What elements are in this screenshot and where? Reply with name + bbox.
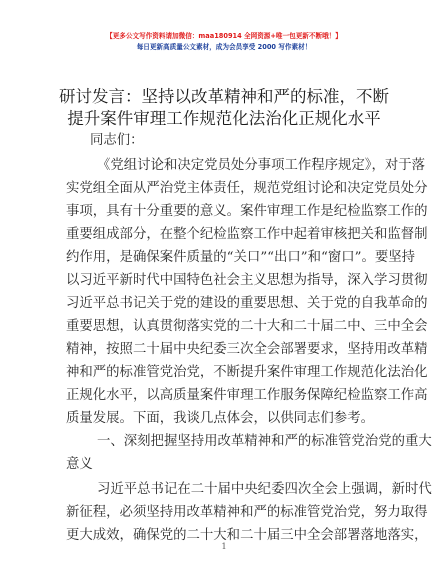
document-title-line-1: 研讨发言：坚持以改革精神和严的标准，不断 (0, 83, 448, 107)
paragraph-intro: 《党组讨论和决定党员处分事项工作程序规定》，对于落 实党组全面从严治党主体责任，… (66, 154, 384, 430)
text-line: 质量发展。下面，我谈几点体会，以供同志们参考。 (66, 407, 384, 430)
promo-banner-line-1: 【更多公文写作资料请加微信：maa180914 全网资源+唯一包更新不断哦！】 (0, 30, 448, 40)
salutation: 同志们： (90, 129, 408, 152)
text-line: 实党组全面从严治党主体责任，规范党组讨论和决定党员处分 (66, 177, 384, 200)
heading-line: 一、深刻把握坚持用改革精神和严的标准管党治党的重大 (66, 430, 384, 453)
text-line: 重要组成部分，在整个纪检监察工作中起着审核把关和监督制 (66, 223, 384, 246)
salutation-text: 同志们： (90, 129, 408, 152)
heading-line: 意义 (66, 453, 384, 476)
text-line: 正规化水平，以高质量案件审理工作服务保障纪检监察工作高 (66, 384, 384, 407)
page-number: 1 (0, 542, 448, 551)
text-line: 新征程，必须坚持用改革精神和严的标准管党治党，努力取得 (66, 501, 384, 524)
text-line: 事项，具有十分重要的意义。案件审理工作是纪检监察工作的 (66, 200, 384, 223)
section-heading-1: 一、深刻把握坚持用改革精神和严的标准管党治党的重大 意义 (66, 430, 384, 476)
text-line: 习近平总书记在二十届中央纪委四次全会上强调，新时代 (66, 478, 384, 501)
text-line: 重要思想，认真贯彻落实党的二十大和二十届二中、三中全会 (66, 315, 384, 338)
text-line: 以习近平新时代中国特色社会主义思想为指导，深入学习贯彻 (66, 269, 384, 292)
promo-banner-line-2: 每日更新高质量公文素材，成为会员享受 2000 写作素材！ (0, 41, 448, 51)
text-line: 《党组讨论和决定党员处分事项工作程序规定》，对于落 (66, 154, 384, 177)
document-title-line-2: 提升案件审理工作规范化法治化正规化水平 (0, 105, 448, 129)
paragraph-section-1: 习近平总书记在二十届中央纪委四次全会上强调，新时代 新征程，必须坚持用改革精神和… (66, 478, 384, 547)
text-line: 神和严的标准管党治党，不断提升案件审理工作规范化法治化 (66, 361, 384, 384)
text-line: 约作用，是确保案件质量的“关口”“出口”和“窗口”。要坚持 (66, 246, 384, 269)
text-line: 习近平总书记关于党的建设的重要思想、关于党的自我革命的 (66, 292, 384, 315)
text-line: 精神，按照二十届中央纪委三次全会部署要求，坚持用改革精 (66, 338, 384, 361)
